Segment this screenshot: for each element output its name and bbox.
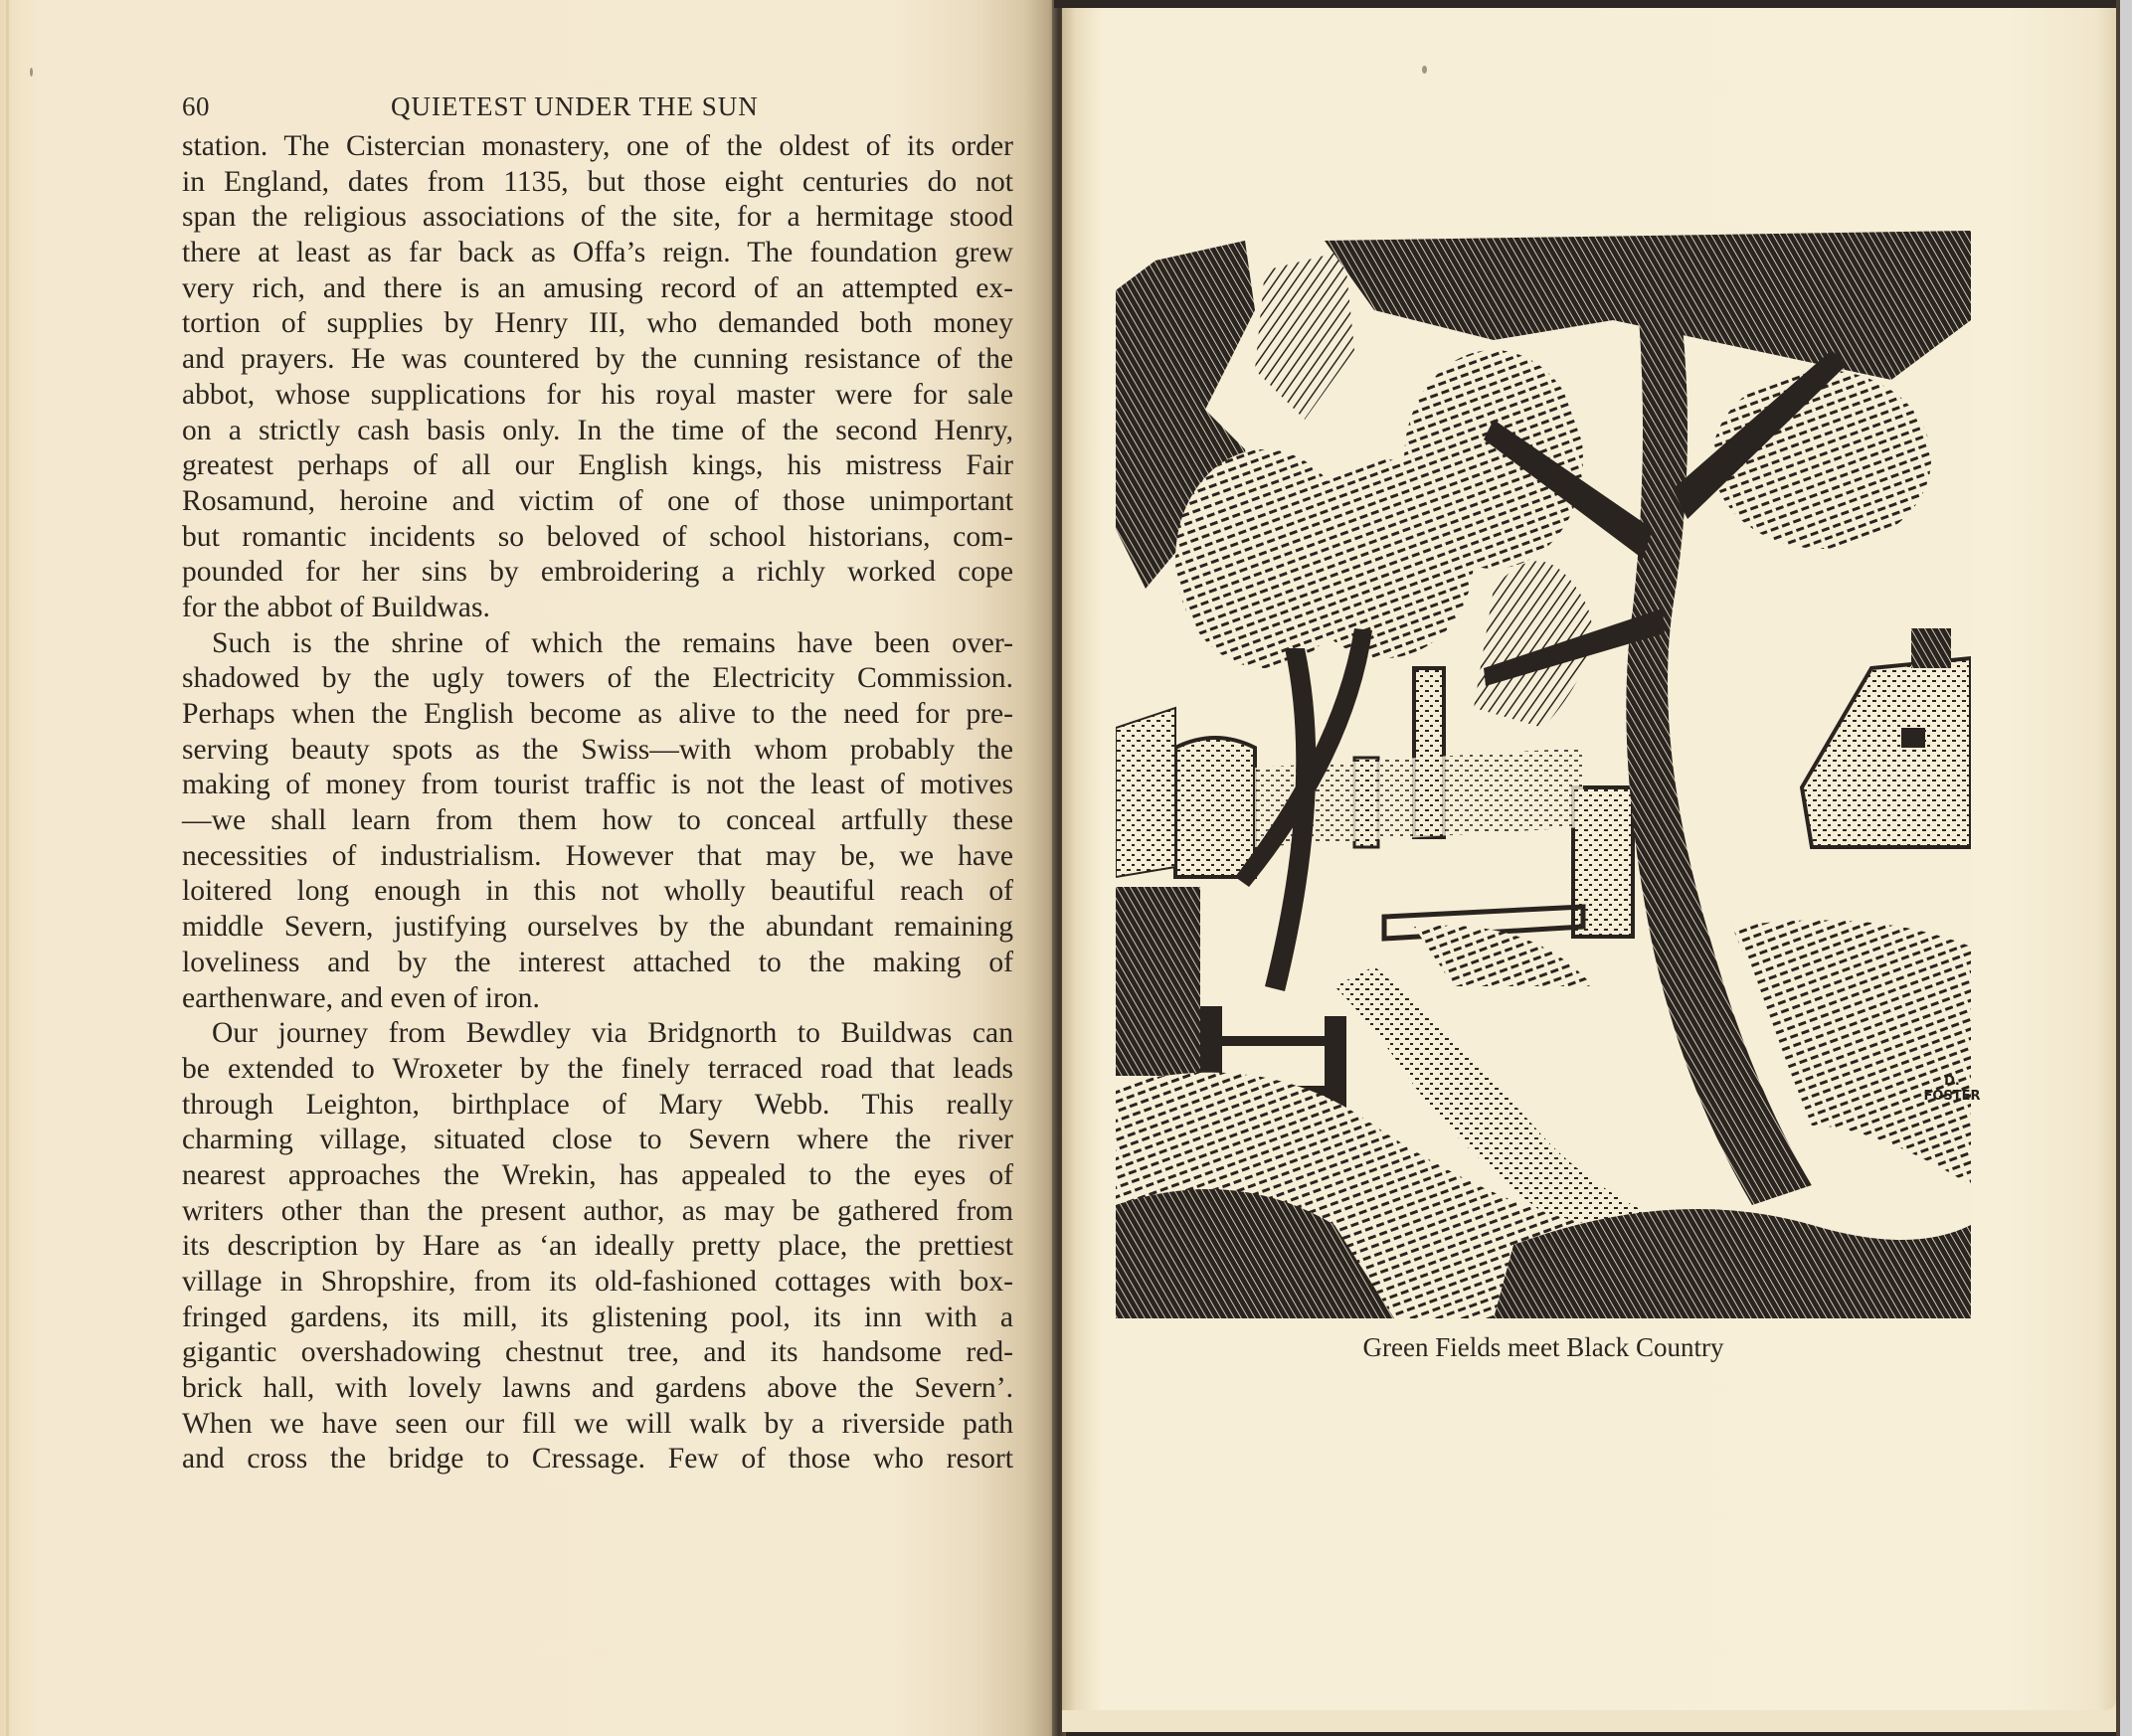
- paper-speck: [1422, 66, 1427, 74]
- text-line: and prayers. He was countered by the cun…: [182, 342, 1013, 378]
- signature-surname: FOSTER: [1917, 1089, 1987, 1104]
- page-number: 60: [182, 91, 210, 122]
- text-line: shadowed by the ugly towers of the Elect…: [182, 661, 1013, 697]
- artist-signature: D. FOSTER: [1917, 1074, 1987, 1104]
- text-line: and cross the bridge to Cressage. Few of…: [182, 1442, 1013, 1477]
- text-line: Our journey from Bewdley via Bridgnorth …: [182, 1016, 1013, 1052]
- text-line: abbot, whose supplications for his royal…: [182, 378, 1013, 414]
- running-head: 60 QUIETEST UNDER THE SUN: [182, 87, 1013, 127]
- paper-speck: [30, 68, 33, 77]
- text-line: nearest approaches the Wrekin, has appea…: [182, 1158, 1013, 1194]
- text-line: station. The Cistercian monastery, one o…: [182, 129, 1013, 165]
- text-line: on a strictly cash basis only. In the ti…: [182, 414, 1013, 449]
- text-line: its description by Hare as ‘an ideally p…: [182, 1229, 1013, 1265]
- text-line: be extended to Wroxeter by the finely te…: [182, 1052, 1013, 1088]
- text-line: pounded for her sins by embroidering a r…: [182, 555, 1013, 591]
- text-line: serving beauty spots as the Swiss—with w…: [182, 733, 1013, 769]
- text-line: village in Shropshire, from its old-fash…: [182, 1265, 1013, 1301]
- text-line: in England, dates from 1135, but those e…: [182, 165, 1013, 201]
- text-line: through Leighton, birthplace of Mary Web…: [182, 1088, 1013, 1124]
- text-line: charming village, situated close to Seve…: [182, 1123, 1013, 1158]
- text-line: gigantic overshadowing chestnut tree, an…: [182, 1335, 1013, 1371]
- running-head-title: QUIETEST UNDER THE SUN: [391, 91, 759, 122]
- text-line: Rosamund, heroine and victim of one of t…: [182, 484, 1013, 520]
- text-line: making of money from tourist traffic is …: [182, 768, 1013, 803]
- text-line: brick hall, with lovely lawns and garden…: [182, 1371, 1013, 1407]
- text-line: Perhaps when the English become as alive…: [182, 697, 1013, 733]
- illustration-green-fields: [1116, 231, 1971, 1318]
- text-line: earthenware, and even of iron.: [182, 981, 1013, 1017]
- text-line: there at least as far back as Offa’s rei…: [182, 236, 1013, 271]
- text-line: writers other than the present author, a…: [182, 1194, 1013, 1230]
- text-line: for the abbot of Buildwas.: [182, 591, 1013, 626]
- signature-initial: D.: [1917, 1074, 1987, 1089]
- left-page: 60 QUIETEST UNDER THE SUN station. The C…: [0, 0, 1056, 1736]
- text-line: loitered long enough in this not wholly …: [182, 874, 1013, 910]
- text-line: loveliness and by the interest attached …: [182, 946, 1013, 981]
- text-line: —we shall learn from them how to conceal…: [182, 803, 1013, 839]
- text-line: fringed gardens, its mill, its glistenin…: [182, 1301, 1013, 1336]
- text-line: middle Severn, justifying ourselves by t…: [182, 910, 1013, 946]
- text-line: Such is the shrine of which the remains …: [182, 626, 1013, 662]
- text-line: tortion of supplies by Henry III, who de…: [182, 306, 1013, 342]
- text-line: greatest perhaps of all our English king…: [182, 448, 1013, 484]
- body-text: station. The Cistercian monastery, one o…: [182, 129, 1013, 1477]
- background: [2120, 0, 2132, 1736]
- text-line: very rich, and there is an amusing recor…: [182, 271, 1013, 307]
- text-line: but romantic incidents so beloved of sch…: [182, 520, 1013, 556]
- open-book: 60 QUIETEST UNDER THE SUN station. The C…: [0, 0, 2132, 1736]
- text-line: span the religious associations of the s…: [182, 200, 1013, 236]
- book-cover-edge: [1054, 0, 2118, 8]
- text-line: necessities of industrialism. However th…: [182, 839, 1013, 875]
- illustration-caption: Green Fields meet Black Country: [1116, 1332, 1971, 1363]
- text-line: When we have seen our fill we will walk …: [182, 1407, 1013, 1443]
